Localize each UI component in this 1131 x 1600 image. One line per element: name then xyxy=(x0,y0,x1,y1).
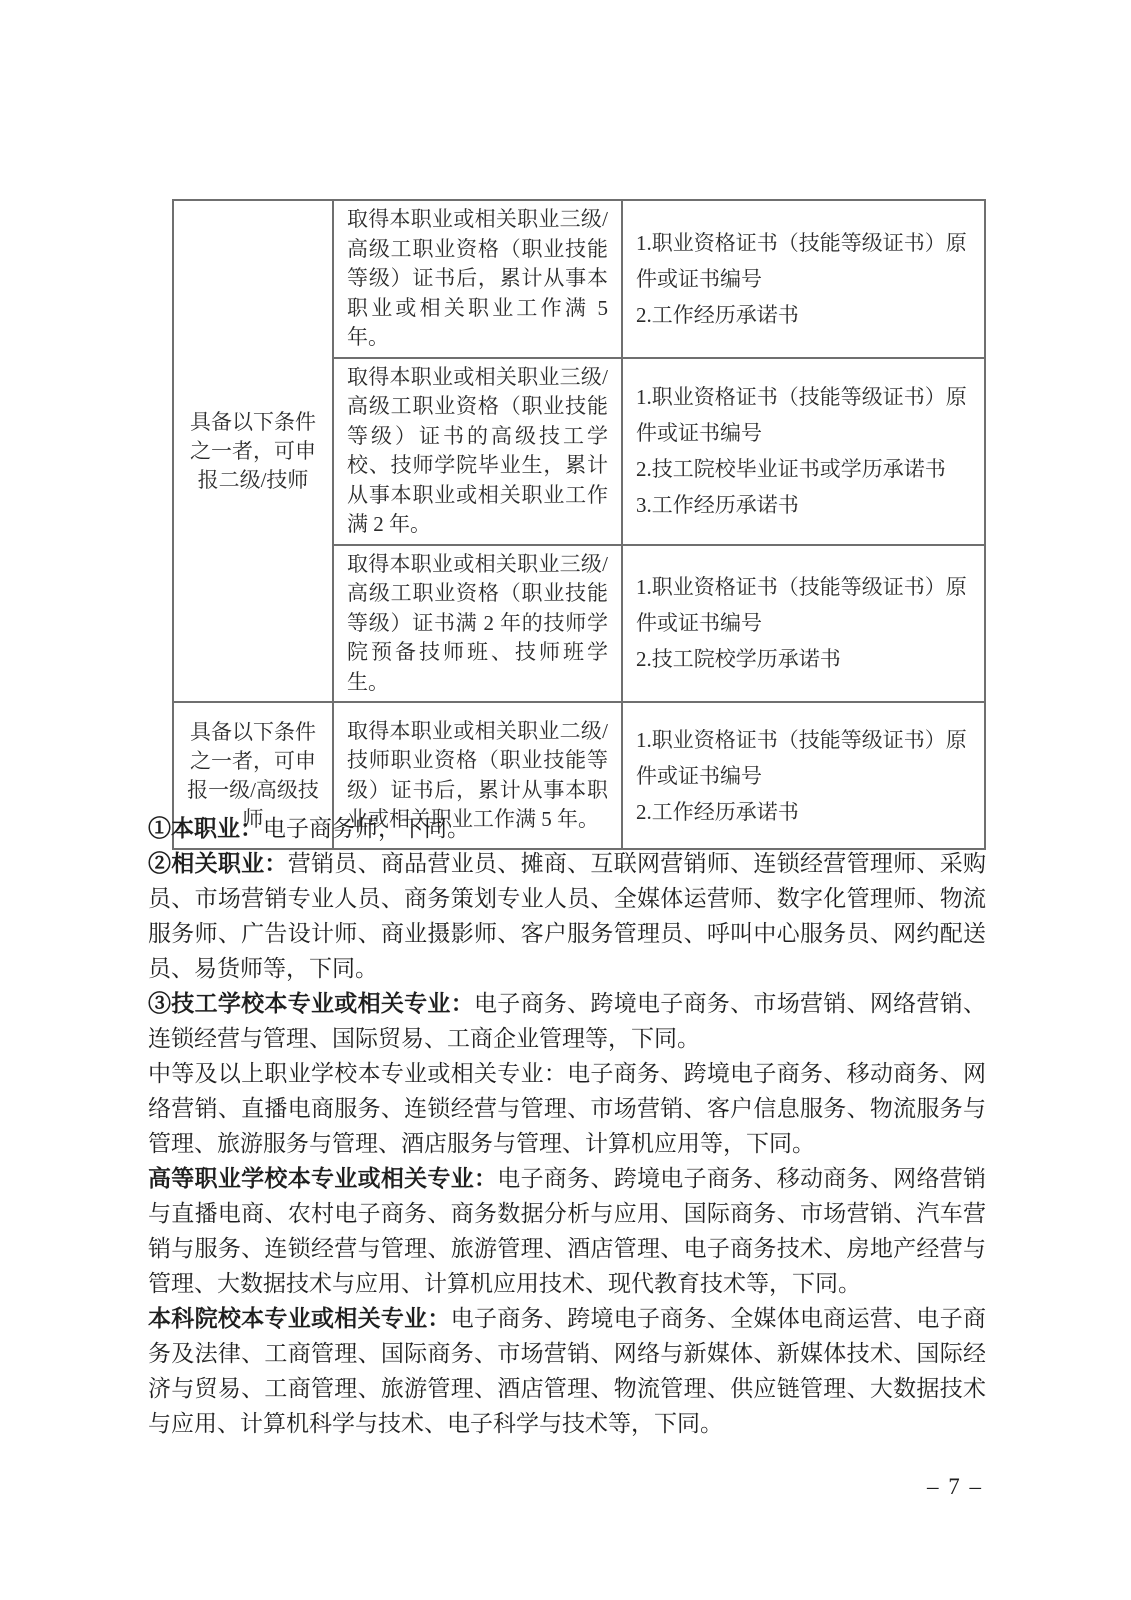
note-paragraph-related-occupations: ②相关职业：营销员、商品营业员、摊商、互联网营销师、连锁经营管理师、采购员、市场… xyxy=(148,846,986,986)
note-text: 电子商务师，下同。 xyxy=(263,816,470,841)
note-label: 高等职业学校本专业或相关专业： xyxy=(148,1166,497,1191)
note-paragraph-secondary-school-majors: 中等及以上职业学校本专业或相关专业：电子商务、跨境电子商务、移动商务、网络营销、… xyxy=(148,1056,986,1161)
note-label: ②相关职业： xyxy=(148,851,288,876)
note-paragraph-technical-school-majors: ③技工学校本专业或相关专业：电子商务、跨境电子商务、市场营销、网络营销、连锁经营… xyxy=(148,986,986,1056)
note-paragraph-undergraduate-majors: 本科院校本专业或相关专业：电子商务、跨境电子商务、全媒体电商运营、电子商务及法律… xyxy=(148,1301,986,1441)
note-paragraph-this-occupation: ①本职业：电子商务师，下同。 xyxy=(148,811,986,846)
note-text: 中等及以上职业学校本专业或相关专业：电子商务、跨境电子商务、移动商务、网络营销、… xyxy=(148,1061,986,1156)
materials-cell: 1.职业资格证书（技能等级证书）原件或证书编号 2.工作经历承诺书 xyxy=(622,200,985,358)
requirement-cell: 取得本职业或相关职业三级/高级工职业资格（职业技能等级）证书的高级技工学校、技师… xyxy=(333,358,622,545)
document-page: 具备以下条件之一者，可申报二级/技师 取得本职业或相关职业三级/高级工职业资格（… xyxy=(0,0,1131,1600)
note-label: ①本职业： xyxy=(148,816,263,841)
qualification-table: 具备以下条件之一者，可申报二级/技师 取得本职业或相关职业三级/高级工职业资格（… xyxy=(172,199,986,850)
page-number: – 7 – xyxy=(890,1474,1020,1500)
materials-cell: 1.职业资格证书（技能等级证书）原件或证书编号 2.技工院校毕业证书或学历承诺书… xyxy=(622,358,985,545)
requirement-cell: 取得本职业或相关职业三级/高级工职业资格（职业技能等级）证书满 2 年的技师学院… xyxy=(333,545,622,703)
condition-cell-level2: 具备以下条件之一者，可申报二级/技师 xyxy=(173,200,333,702)
note-paragraph-higher-vocational-majors: 高等职业学校本专业或相关专业：电子商务、跨境电子商务、移动商务、网络营销与直播电… xyxy=(148,1161,986,1301)
notes-section: ①本职业：电子商务师，下同。 ②相关职业：营销员、商品营业员、摊商、互联网营销师… xyxy=(148,811,986,1441)
materials-cell: 1.职业资格证书（技能等级证书）原件或证书编号 2.技工院校学历承诺书 xyxy=(622,545,985,703)
requirement-cell: 取得本职业或相关职业三级/高级工职业资格（职业技能等级）证书后，累计从事本职业或… xyxy=(333,200,622,358)
note-label: 本科院校本专业或相关专业： xyxy=(148,1306,451,1331)
table-row: 具备以下条件之一者，可申报二级/技师 取得本职业或相关职业三级/高级工职业资格（… xyxy=(173,200,985,358)
note-label: ③技工学校本专业或相关专业： xyxy=(148,991,474,1016)
